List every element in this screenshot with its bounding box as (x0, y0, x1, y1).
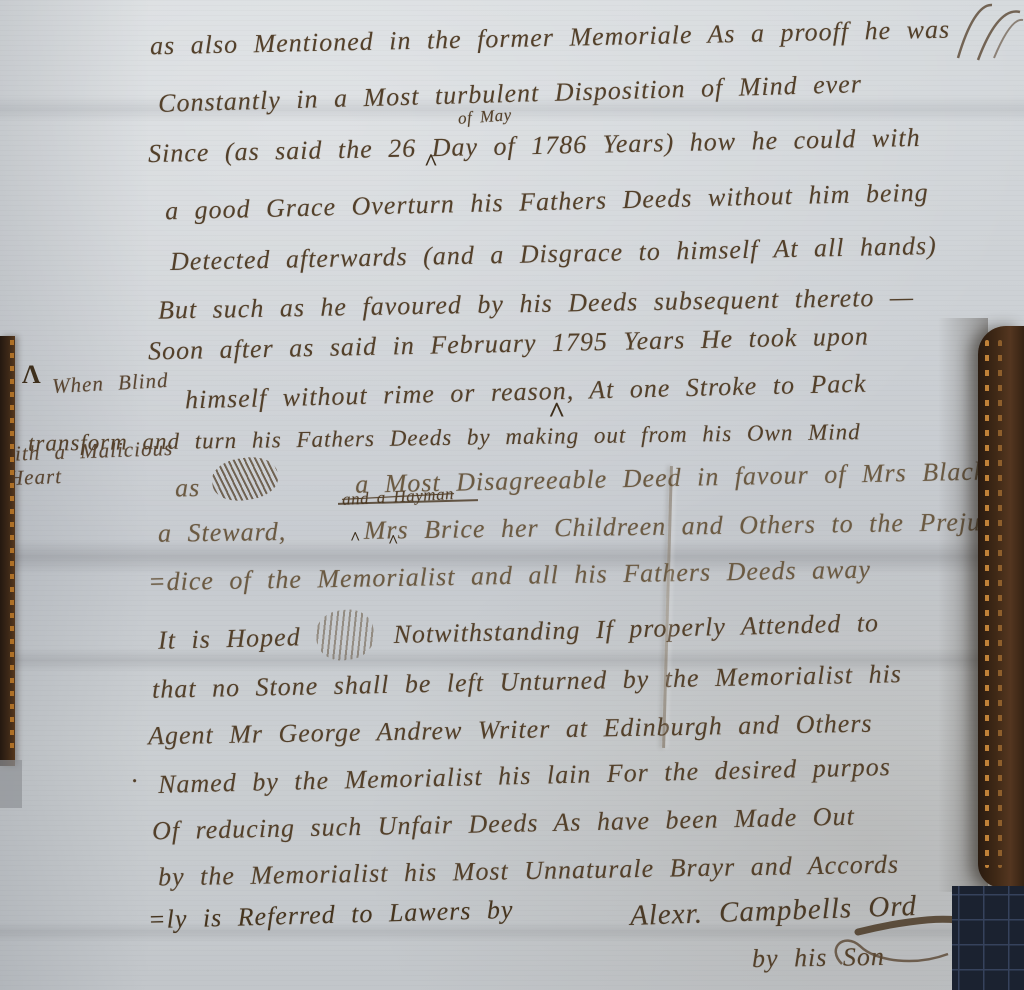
caret-mark: ^ (548, 396, 565, 430)
margin-note: with a Malicious (0, 437, 174, 465)
margin-note: When Blind (52, 369, 170, 397)
leather-spine-left (0, 336, 15, 766)
stitching (985, 340, 989, 868)
cutting-mat (952, 886, 1024, 990)
leather-cover-right (978, 326, 1024, 888)
background-sliver (0, 760, 22, 808)
stitching (10, 340, 14, 753)
margin-caret-mark: Λ (22, 360, 41, 390)
caret-mark: ^ (388, 531, 398, 552)
leading-dot: . (132, 760, 140, 787)
margin-note: Heart (8, 465, 63, 489)
interlinear-insert: of May (457, 106, 512, 128)
stitching (998, 340, 1002, 868)
paper-left-shading (0, 0, 150, 990)
caret-mark: ^ (424, 150, 438, 177)
caret-mark: ^ (350, 528, 360, 549)
manuscript-photo: as also Mentioned in the former Memorial… (0, 0, 1024, 990)
signature-by-line: by his Son (752, 943, 885, 973)
